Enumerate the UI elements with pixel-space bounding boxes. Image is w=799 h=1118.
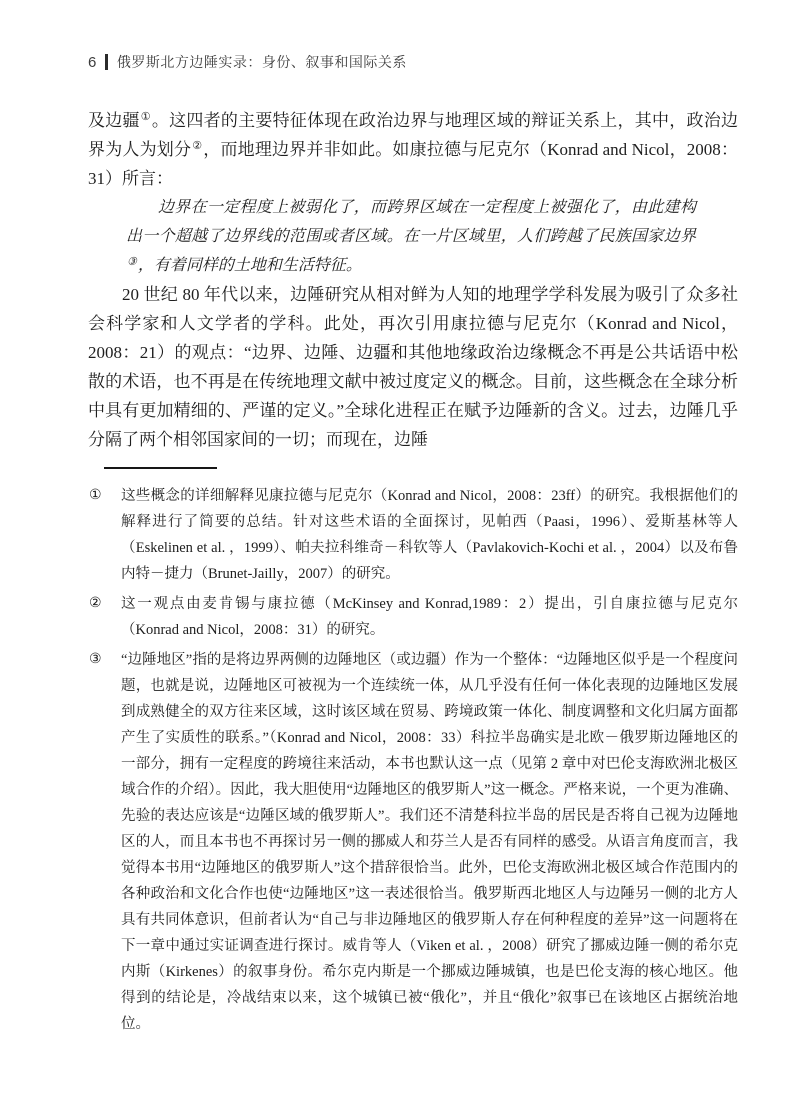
footnote-ref-2: ②: [191, 140, 203, 152]
quote-text: ，有着同样的土地和生活特征。: [138, 257, 362, 274]
footnote-ref-1: ①: [140, 111, 152, 123]
footnote-marker-2: ②: [89, 591, 102, 617]
footnote-1: ① 这些概念的详细解释见康拉德与尼克尔（Konrad and Nicol，200…: [88, 483, 738, 587]
header-divider-bar: [105, 54, 108, 70]
footnote-text-3: “边陲地区”指的是将边界两侧的边陲地区（或边疆）作为一个整体：“边陲地区似乎是一…: [121, 652, 738, 1032]
footnote-separator-rule: [104, 467, 217, 469]
running-header: 6 俄罗斯北方边陲实录：身份、叙事和国际关系: [88, 52, 737, 72]
footnote-3: ③ “边陲地区”指的是将边界两侧的边陲地区（或边疆）作为一个整体：“边陲地区似乎…: [88, 647, 738, 1037]
paragraph-text: 及边疆: [88, 111, 140, 130]
footnotes-section: ① 这些概念的详细解释见康拉德与尼克尔（Konrad and Nicol，200…: [88, 483, 738, 1037]
book-page: 6 俄罗斯北方边陲实录：身份、叙事和国际关系 及边疆①。这四者的主要特征体现在政…: [0, 0, 799, 1118]
quote-text: 边界在一定程度上被弱化了，而跨界区域在一定程度上被强化了，由此建构出一个超越了边…: [126, 199, 696, 245]
footnote-text-2: 这一观点由麦肯锡与康拉德（McKinsey and Konrad,1989：2）…: [121, 596, 738, 638]
footnote-text-1: 这些概念的详细解释见康拉德与尼克尔（Konrad and Nicol，2008：…: [121, 488, 738, 582]
page-number: 6: [88, 54, 97, 71]
body-paragraph-continuation: 及边疆①。这四者的主要特征体现在政治边界与地理区域的辩证关系上，其中，政治边界为…: [88, 106, 738, 193]
body-paragraph: 20 世纪 80 年代以来，边陲研究从相对鲜为人知的地理学学科发展为吸引了众多社…: [88, 280, 738, 454]
footnote-marker-1: ①: [89, 483, 102, 509]
page-body: 及边疆①。这四者的主要特征体现在政治边界与地理区域的辩证关系上，其中，政治边界为…: [88, 106, 738, 1041]
running-header-title: 俄罗斯北方边陲实录：身份、叙事和国际关系: [117, 52, 407, 72]
footnote-2: ② 这一观点由麦肯锡与康拉德（McKinsey and Konrad,1989：…: [88, 591, 738, 643]
block-quote: 边界在一定程度上被弱化了，而跨界区域在一定程度上被强化了，由此建构出一个超越了边…: [126, 193, 696, 280]
footnote-ref-3: ③: [126, 256, 138, 268]
footnote-marker-3: ③: [89, 647, 102, 673]
